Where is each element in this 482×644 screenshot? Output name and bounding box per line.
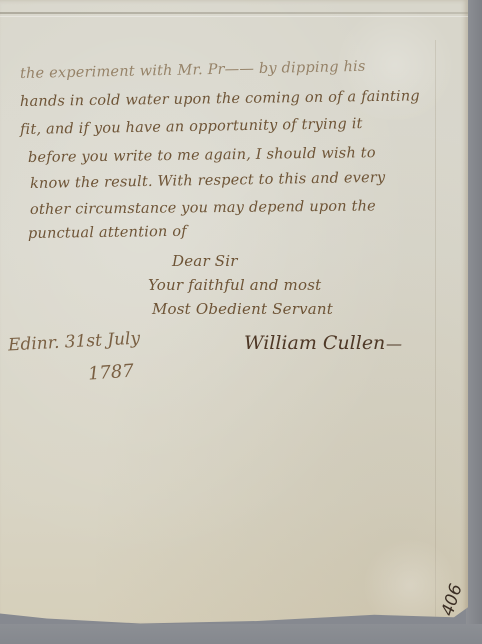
letter-body-line: before you write to me again, I should w… [28,145,376,166]
document-scan: the experiment with Mr. Pr—— by dipping … [0,0,482,644]
letter-body-line: know the result. With respect to this an… [30,170,386,192]
letter-body-line: the experiment with Mr. Pr—— by dipping … [20,59,366,82]
signature: William Cullen [244,332,385,354]
letter-body-line: other circumstance you may depend upon t… [30,198,376,218]
margin-crease [435,40,436,625]
closing-line-1: Your faithful and most [148,276,321,294]
letter-body-line: punctual attention of [28,224,187,242]
letter-page: the experiment with Mr. Pr—— by dipping … [0,0,468,626]
scan-background-bottom [0,624,482,644]
letter-date-year: 1787 [87,360,134,384]
signature-flourish: — [386,334,402,353]
closing-line-2: Most Obedient Servant [152,300,333,318]
letter-date-place: Edinr. 31st July [8,329,141,356]
letter-body-line: fit, and if you have an opportunity of t… [20,116,363,138]
paper-stain [360,540,460,630]
closing-salutation: Dear Sir [172,252,238,270]
scan-background-right [466,0,482,644]
